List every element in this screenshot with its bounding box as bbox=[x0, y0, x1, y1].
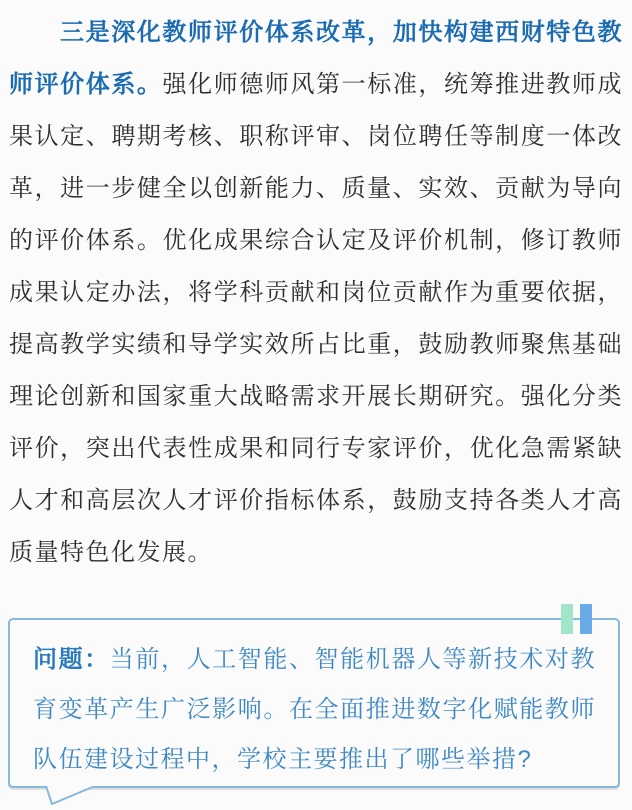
question-body: 当前，人工智能、智能机器人等新技术对教育变革产生广泛影响。在全面推进数字化赋能教… bbox=[33, 646, 596, 773]
article-body-text: 强化师德师风第一标准，统筹推进教师成果认定、聘期考核、职称评审、岗位聘任等制度一… bbox=[9, 71, 623, 566]
accent-bar-green-icon bbox=[561, 604, 573, 634]
article-page: 三是深化教师评价体系改革，加快构建西财特色教师评价体系。强化师德师风第一标准，统… bbox=[0, 0, 632, 810]
question-text: 问题：当前，人工智能、智能机器人等新技术对教育变革产生广泛影响。在全面推进数字化… bbox=[33, 635, 596, 785]
speech-bubble-tail-icon bbox=[42, 786, 102, 808]
question-bubble: 问题：当前，人工智能、智能机器人等新技术对教育变革产生广泛影响。在全面推进数字化… bbox=[8, 618, 620, 788]
accent-bar-blue-icon bbox=[580, 604, 592, 634]
article-paragraph: 三是深化教师评价体系改革，加快构建西财特色教师评价体系。强化师德师风第一标准，统… bbox=[0, 0, 632, 579]
question-label: 问题： bbox=[33, 646, 110, 673]
